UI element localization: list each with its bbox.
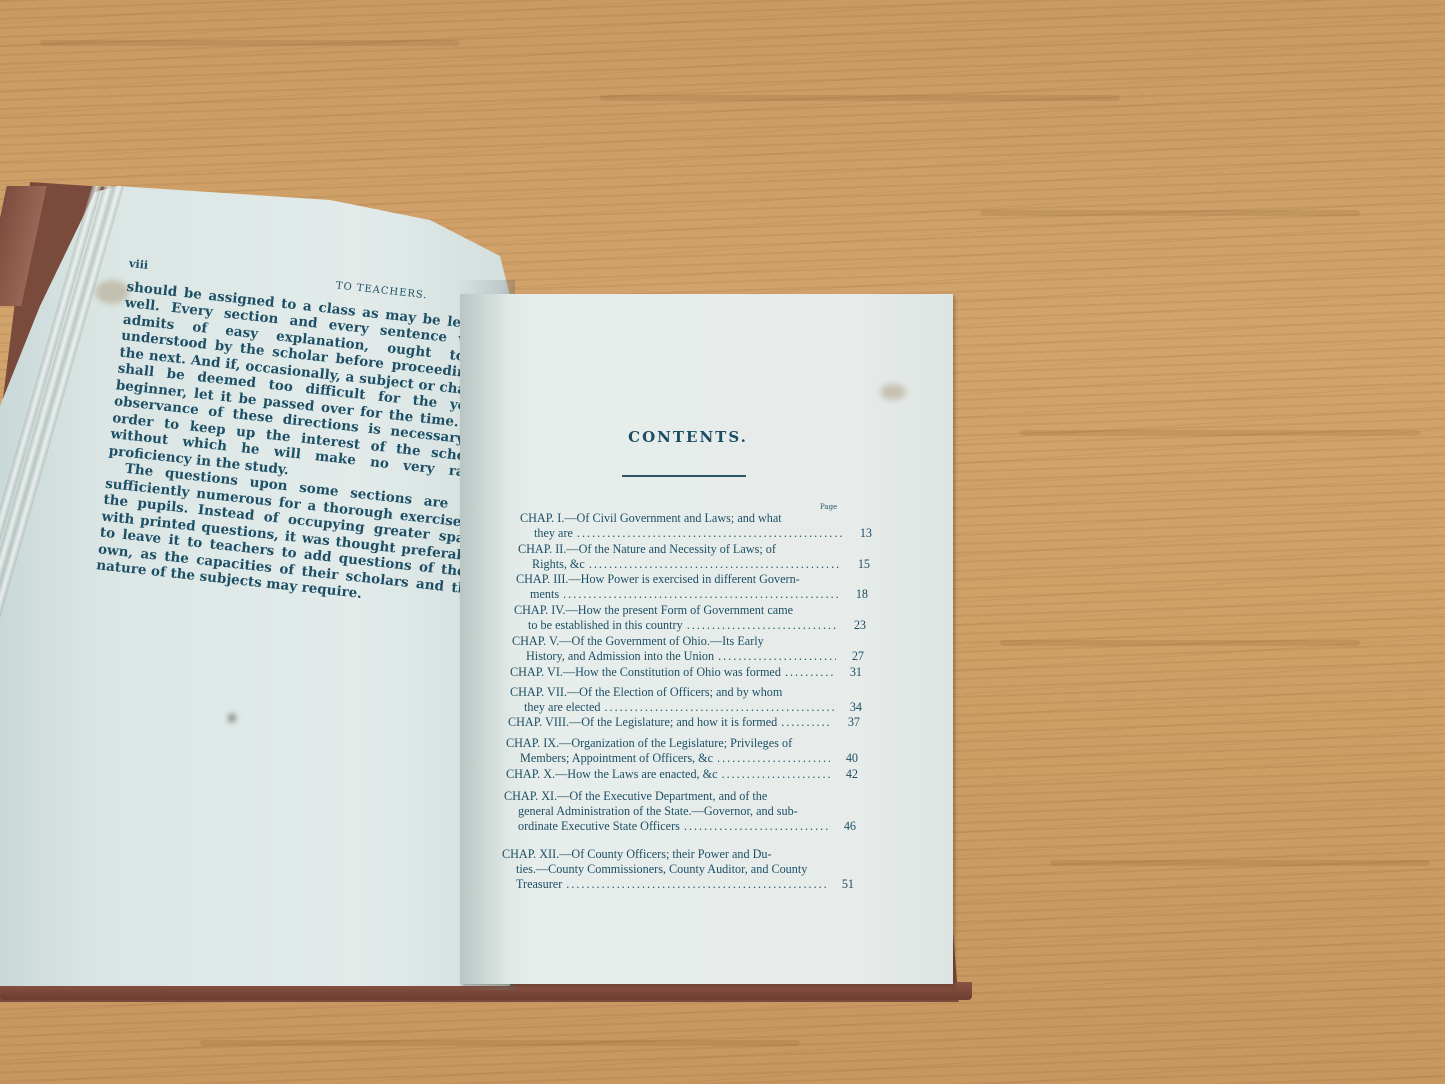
left-page-text: viii TO TEACHERS. should be assigned to … <box>95 256 507 615</box>
toc-line: Treasurer <box>516 877 562 892</box>
page-ref: 27 <box>840 649 864 664</box>
toc-line: CHAP. I.—Of Civil Government and Laws; a… <box>520 511 872 526</box>
page-ref: 34 <box>838 700 862 715</box>
toc-line: CHAP. II.—Of the Nature and Necessity of… <box>518 542 870 557</box>
dot-leader: ........................................… <box>566 877 826 892</box>
wood-grain <box>1050 860 1430 866</box>
toc-line-with-page: ordinate Executive State Officers.......… <box>504 819 856 834</box>
wood-grain <box>1000 640 1360 646</box>
toc-line: CHAP. VII.—Of the Election of Officers; … <box>510 685 862 700</box>
page-ref: 23 <box>842 618 866 633</box>
toc-line: they are <box>534 526 573 541</box>
page-ref: 15 <box>846 557 870 572</box>
toc-line-with-page: they are elected........................… <box>510 700 862 715</box>
toc-line: ties.—County Commissioners, County Audit… <box>502 862 854 877</box>
dot-leader: ........................................… <box>722 767 830 782</box>
toc-line-with-page: ments...................................… <box>516 587 868 602</box>
toc-entry: CHAP. IV.—How the present Form of Govern… <box>514 603 866 633</box>
dot-leader: ........................................… <box>577 526 844 541</box>
wood-grain <box>200 1040 800 1046</box>
toc-line: CHAP. X.—How the Laws are enacted, &c <box>506 767 718 782</box>
toc-entry: CHAP. VIII.—Of the Legislature; and how … <box>508 715 860 730</box>
toc-line: CHAP. XII.—Of County Officers; their Pow… <box>502 847 854 862</box>
toc-entry: CHAP. XI.—Of the Executive Department, a… <box>504 789 856 834</box>
contents-title: CONTENTS. <box>628 428 748 446</box>
title-rule <box>622 475 746 477</box>
wood-grain <box>980 210 1360 216</box>
toc-entry: CHAP. XII.—Of County Officers; their Pow… <box>502 847 854 892</box>
toc-line: CHAP. VIII.—Of the Legislature; and how … <box>508 715 777 730</box>
toc-line-with-page: Members; Appointment of Officers, &c....… <box>506 751 858 766</box>
wood-grain <box>1020 430 1420 436</box>
wood-grain <box>600 95 1120 101</box>
dot-leader: ........................................… <box>781 715 832 730</box>
toc-entry: CHAP. IX.—Organization of the Legislatur… <box>506 736 858 766</box>
dot-leader: ........................................… <box>563 587 840 602</box>
water-stain <box>95 280 129 304</box>
page-ref: 40 <box>834 751 858 766</box>
water-stain <box>880 384 906 400</box>
toc-line-with-page: CHAP. VI.—How the Constitution of Ohio w… <box>510 665 862 680</box>
dot-leader: ........................................… <box>718 649 836 664</box>
page-ref: 18 <box>844 587 868 602</box>
toc-entry: CHAP. III.—How Power is exercised in dif… <box>516 572 868 602</box>
page-ref: 31 <box>838 665 862 680</box>
toc-entry: CHAP. VI.—How the Constitution of Ohio w… <box>510 665 862 680</box>
toc-line-with-page: CHAP. X.—How the Laws are enacted, &c...… <box>506 767 858 782</box>
toc-line: to be established in this country <box>528 618 683 633</box>
toc-entry: CHAP. V.—Of the Government of Ohio.—Its … <box>512 634 864 664</box>
toc-line-with-page: they are................................… <box>520 526 872 541</box>
toc-line-with-page: Treasurer...............................… <box>502 877 854 892</box>
page-column-label: Page <box>820 503 837 511</box>
toc-line: CHAP. IX.—Organization of the Legislatur… <box>506 736 858 751</box>
toc-line: CHAP. XI.—Of the Executive Department, a… <box>504 789 856 804</box>
toc-line: Rights, &c <box>532 557 585 572</box>
page-number: viii <box>128 256 149 274</box>
dot-leader: ........................................… <box>589 557 842 572</box>
toc-line-with-page: History, and Admission into the Union...… <box>512 649 864 664</box>
page-ref: 42 <box>834 767 858 782</box>
toc-entry: CHAP. I.—Of Civil Government and Laws; a… <box>520 511 872 541</box>
page-ref: 37 <box>836 715 860 730</box>
toc-line: CHAP. IV.—How the present Form of Govern… <box>514 603 866 618</box>
dot-leader: ........................................… <box>604 700 834 715</box>
toc-line: Members; Appointment of Officers, &c <box>520 751 713 766</box>
toc-entry: CHAP. VII.—Of the Election of Officers; … <box>510 685 862 715</box>
toc-line: History, and Admission into the Union <box>526 649 714 664</box>
toc-line-with-page: Rights, &c..............................… <box>518 557 870 572</box>
page-ref: 46 <box>832 819 856 834</box>
page-ref: 51 <box>830 877 854 892</box>
toc-line: CHAP. VI.—How the Constitution of Ohio w… <box>510 665 781 680</box>
dot-leader: ........................................… <box>717 751 830 766</box>
toc-line-with-page: to be established in this country.......… <box>514 618 866 633</box>
toc-entry: CHAP. II.—Of the Nature and Necessity of… <box>518 542 870 572</box>
toc-line: CHAP. III.—How Power is exercised in dif… <box>516 572 868 587</box>
toc-line: they are elected <box>524 700 600 715</box>
toc-line: CHAP. V.—Of the Government of Ohio.—Its … <box>512 634 864 649</box>
toc-line: general Administration of the State.—Gov… <box>504 804 856 819</box>
toc-line: ments <box>530 587 559 602</box>
ink-spot <box>228 714 236 722</box>
dot-leader: ........................................… <box>785 665 834 680</box>
dot-leader: ........................................… <box>687 618 838 633</box>
page-ref: 13 <box>848 526 872 541</box>
wood-grain <box>40 40 460 46</box>
toc-line-with-page: CHAP. VIII.—Of the Legislature; and how … <box>508 715 860 730</box>
toc-entry: CHAP. X.—How the Laws are enacted, &c...… <box>506 767 858 782</box>
toc-line: ordinate Executive State Officers <box>518 819 680 834</box>
dot-leader: ........................................… <box>684 819 828 834</box>
